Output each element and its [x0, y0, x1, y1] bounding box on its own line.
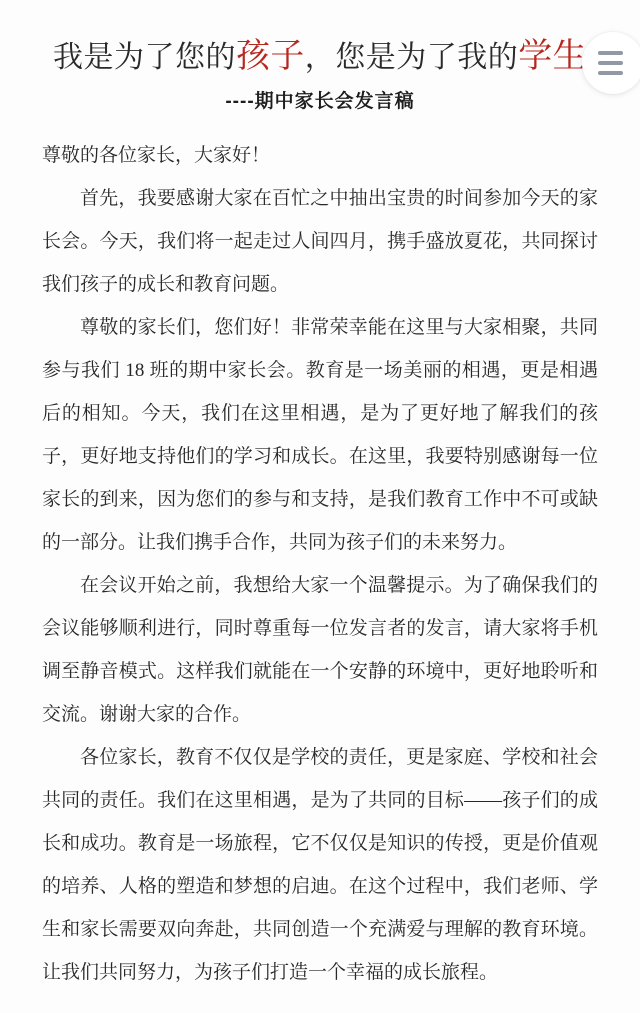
paragraph: 首先，我要感谢大家在百忙之中抽出宝贵的时间参加今天的家长会。今天，我们将一起走过… — [42, 177, 598, 306]
title-text: 我是为了您的 — [53, 41, 236, 74]
paragraph: 在会议开始之前，我想给大家一个温馨提示。为了确保我们的会议能够顺利进行，同时尊重… — [42, 564, 598, 736]
title-accent-text: 孩子 — [236, 38, 305, 75]
title-accent-text: 学生 — [518, 38, 587, 75]
document-page: 我是为了您的孩子，您是为了我的学生 ----期中家长会发言稿 尊敬的各位家长，大… — [0, 0, 640, 1013]
menu-button[interactable] — [582, 32, 640, 94]
page-subtitle: ----期中家长会发言稿 — [42, 89, 598, 115]
title-text: ，您是为了我的 — [305, 41, 519, 74]
paragraph: 各位家长，教育不仅仅是学校的责任，更是家庭、学校和社会共同的责任。我们在这里相遇… — [42, 736, 598, 994]
document-body: 尊敬的各位家长，大家好！首先，我要感谢大家在百忙之中抽出宝贵的时间参加今天的家长… — [42, 134, 598, 994]
paragraph: 尊敬的各位家长，大家好！ — [42, 134, 598, 177]
paragraph: 尊敬的家长们，您们好！非常荣幸能在这里与大家相聚，共同参与我们 18 班的期中家… — [42, 306, 598, 564]
page-title: 我是为了您的孩子，您是为了我的学生 — [42, 36, 598, 79]
